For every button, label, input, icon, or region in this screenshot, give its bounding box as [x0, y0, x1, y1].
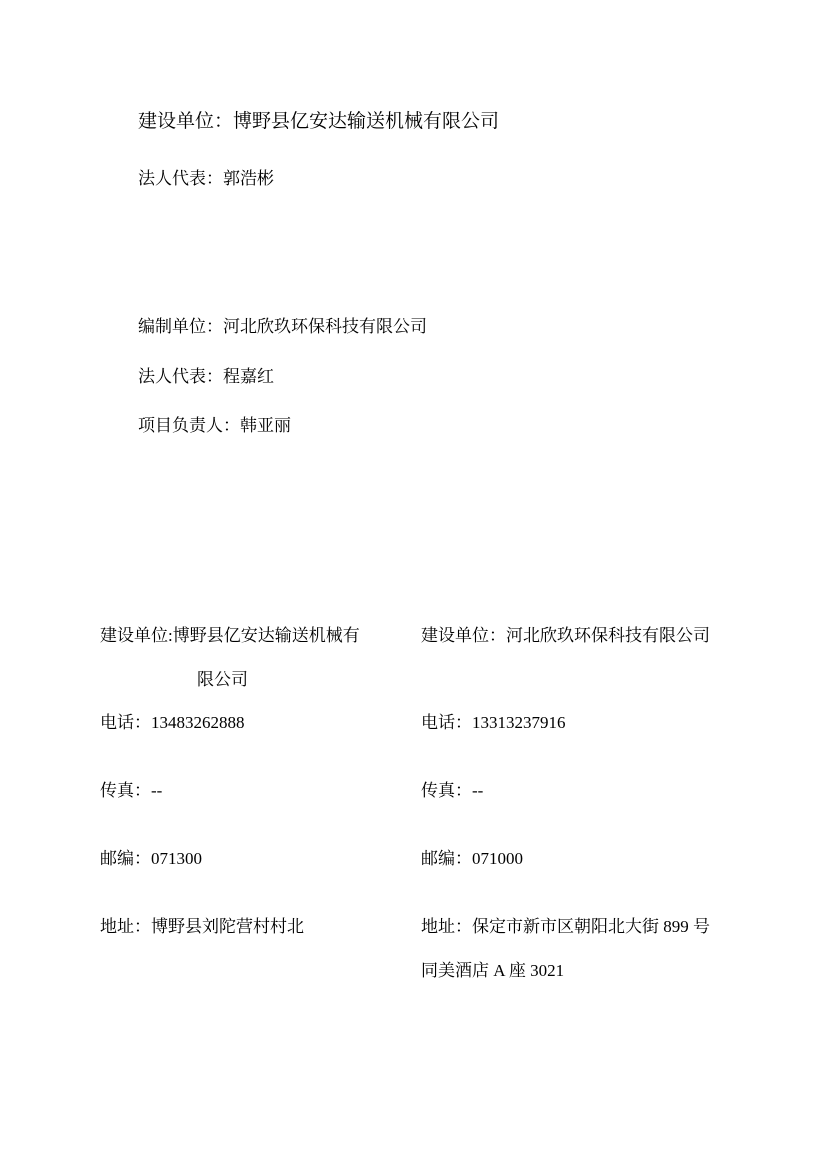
applicant-legal-rep-line: 法人代表：郭浩彬 [138, 168, 274, 190]
left-unit-label: 建设单位: [100, 626, 173, 645]
preparer-unit-line: 编制单位：河北欣玖环保科技有限公司 [138, 316, 427, 338]
left-postcode-value: 071300 [151, 849, 202, 868]
left-postcode-label: 邮编： [100, 849, 151, 868]
preparer-legal-rep-line: 法人代表：程嘉红 [138, 366, 274, 388]
right-fax-line: 传真：-- [421, 780, 483, 802]
right-address-value-line1: 保定市新市区朝阳北大街 899 号 [472, 917, 710, 936]
preparer-unit-label: 编制单位： [138, 317, 223, 336]
preparer-unit-value: 河北欣玖环保科技有限公司 [223, 317, 427, 336]
left-unit-line: 建设单位:博野县亿安达输送机械有 [100, 625, 360, 647]
applicant-legal-rep-value: 郭浩彬 [223, 169, 274, 188]
right-address-value-line2: 同美酒店 A 座 3021 [421, 960, 564, 982]
left-phone-line: 电话：13483262888 [100, 712, 245, 734]
right-fax-value: -- [472, 781, 483, 800]
project-lead-label: 项目负责人： [138, 416, 240, 435]
right-phone-value: 13313237916 [472, 713, 566, 732]
right-phone-label: 电话： [421, 713, 472, 732]
left-phone-value: 13483262888 [151, 713, 245, 732]
preparer-legal-rep-value: 程嘉红 [223, 367, 274, 386]
right-postcode-value: 071000 [472, 849, 523, 868]
left-fax-line: 传真：-- [100, 780, 162, 802]
construction-unit-line: 建设单位：博野县亿安达输送机械有限公司 [138, 111, 499, 133]
preparer-legal-rep-label: 法人代表： [138, 367, 223, 386]
left-address-line: 地址：博野县刘陀营村村北 [100, 916, 304, 938]
right-unit-label: 建设单位： [421, 626, 506, 645]
left-address-value: 博野县刘陀营村村北 [151, 917, 304, 936]
applicant-legal-rep-label: 法人代表： [138, 169, 223, 188]
left-unit-value-line2: 限公司 [197, 669, 248, 691]
right-fax-label: 传真： [421, 781, 472, 800]
construction-unit-value: 博野县亿安达输送机械有限公司 [233, 111, 499, 132]
left-fax-value: -- [151, 781, 162, 800]
project-lead-line: 项目负责人：韩亚丽 [138, 415, 291, 437]
right-unit-value: 河北欣玖环保科技有限公司 [506, 626, 710, 645]
right-unit-line: 建设单位：河北欣玖环保科技有限公司 [421, 625, 710, 647]
left-postcode-line: 邮编：071300 [100, 848, 202, 870]
right-phone-line: 电话：13313237916 [421, 712, 566, 734]
project-lead-value: 韩亚丽 [240, 416, 291, 435]
left-address-label: 地址： [100, 917, 151, 936]
right-postcode-label: 邮编： [421, 849, 472, 868]
construction-unit-label: 建设单位： [138, 111, 233, 132]
left-fax-label: 传真： [100, 781, 151, 800]
right-address-label: 地址： [421, 917, 472, 936]
left-phone-label: 电话： [100, 713, 151, 732]
right-postcode-line: 邮编：071000 [421, 848, 523, 870]
right-address-line: 地址：保定市新市区朝阳北大街 899 号 [421, 916, 710, 938]
left-unit-value-line1: 博野县亿安达输送机械有 [173, 626, 360, 645]
